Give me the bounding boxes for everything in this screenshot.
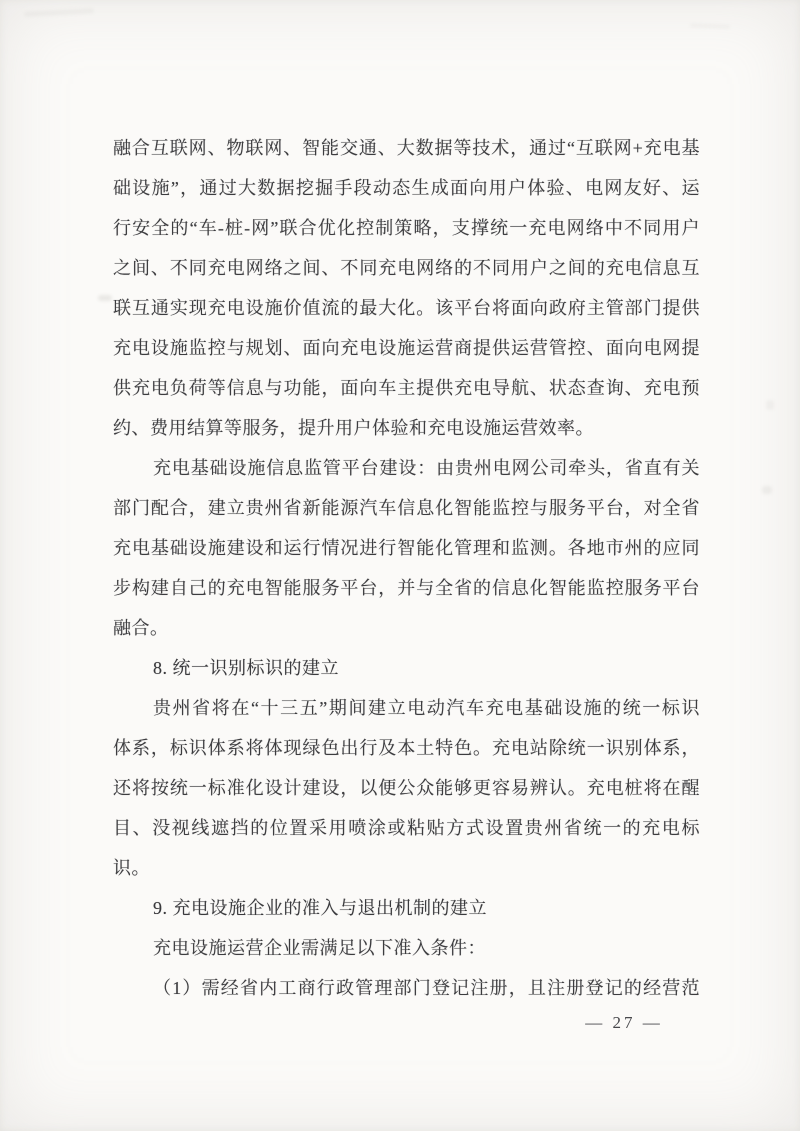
body-line: 步构建自己的充电智能服务平台，并与全省的信息化智能监控服务平台 xyxy=(113,568,700,608)
paragraph-last-line: 约、费用结算等服务，提升用户体验和充电设施运营效率。 xyxy=(113,408,700,448)
body-line: 行安全的“车-桩-网”联合优化控制策略，支撑统一充电网络中不同用户 xyxy=(113,208,700,248)
paragraph-last-line: 融合。 xyxy=(113,608,700,648)
body-line: 部门配合，建立贵州省新能源汽车信息化智能监控与服务平台，对全省 xyxy=(113,488,700,528)
scan-artifact xyxy=(690,23,730,28)
paragraph-first-line: 充电基础设施信息监管平台建设：由贵州电网公司牵头，省直有关 xyxy=(113,448,700,488)
page-number: — 27 — xyxy=(568,1008,680,1038)
body-line: 础设施”，通过大数据挖掘手段动态生成面向用户体验、电网友好、运 xyxy=(113,168,700,208)
paragraph-first-line: （1）需经省内工商行政管理部门登记注册，且注册登记的经营范 xyxy=(113,968,700,1008)
body-line: 之间、不同充电网络之间、不同充电网络的不同用户之间的充电信息互 xyxy=(113,248,700,288)
paragraph-line: 充电设施运营企业需满足以下准入条件： xyxy=(113,928,700,968)
body-line: 体系，标识体系将体现绿色出行及本土特色。充电站除统一识别体系， xyxy=(113,728,700,768)
body-line: 充电基础设施建设和运行情况进行智能化管理和监测。各地市州的应同 xyxy=(113,528,700,568)
body-line: 融合互联网、物联网、智能交通、大数据等技术，通过“互联网+充电基 xyxy=(113,128,700,168)
body-line: 目、没视线遮挡的位置采用喷涂或粘贴方式设置贵州省统一的充电标 xyxy=(113,808,700,848)
body-line: 联互通实现充电设施价值流的最大化。该平台将面向政府主管部门提供 xyxy=(113,288,700,328)
body-line: 供充电负荷等信息与功能，面向车主提供充电导航、状态查询、充电预 xyxy=(113,368,700,408)
paragraph-last-line: 识。 xyxy=(113,848,700,888)
section-heading-9: 9. 充电设施企业的准入与退出机制的建立 xyxy=(113,888,700,928)
paragraph-first-line: 贵州省将在“十三五”期间建立电动汽车充电基础设施的统一标识 xyxy=(113,688,700,728)
body-line: 还将按统一标准化设计建设，以便公众能够更容易辨认。充电桩将在醒 xyxy=(113,768,700,808)
document-body: 融合互联网、物联网、智能交通、大数据等技术，通过“互联网+充电基 础设施”，通过… xyxy=(113,128,700,1008)
scan-artifact xyxy=(24,8,94,17)
scan-artifact xyxy=(762,486,772,494)
scanned-document-page: 融合互联网、物联网、智能交通、大数据等技术，通过“互联网+充电基 础设施”，通过… xyxy=(0,0,800,1131)
body-line: 充电设施监控与规划、面向充电设施运营商提供运营管控、面向电网提 xyxy=(113,328,700,368)
scan-artifact xyxy=(766,400,774,410)
section-heading-8: 8. 统一识别标识的建立 xyxy=(113,648,700,688)
scan-artifact xyxy=(98,295,112,301)
